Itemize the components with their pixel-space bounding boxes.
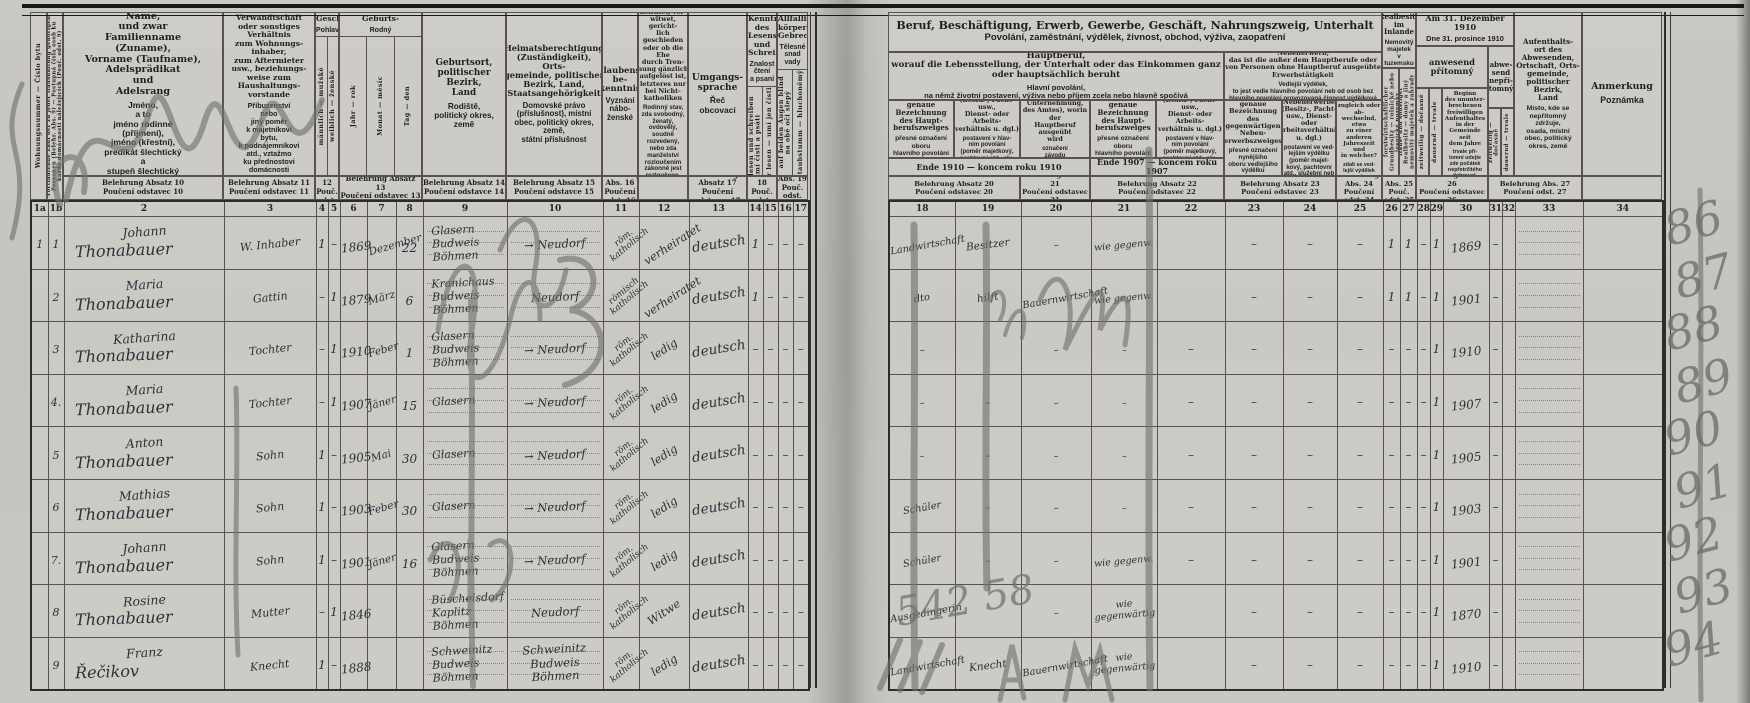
c22-cs: postavení v hlav- ním povolání (poměr ma… — [1163, 136, 1218, 158]
present-temporary-mark: – — [1421, 658, 1427, 672]
reads-only-mark: – — [768, 658, 774, 672]
cell-reads-only: – — [763, 637, 778, 690]
c19-de: Stellung im Hauptberufe (Besitz-, Pacht-… — [955, 100, 1019, 133]
person-no: 7. — [51, 555, 62, 568]
occupation-1907: wie gegenwärtig — [1091, 597, 1158, 625]
female-mark: – — [331, 448, 337, 462]
cell-present-temporary: – — [1417, 427, 1430, 480]
belehrung-text-0: Belehrung Absatz 10 Poučení odstavec 10 — [102, 179, 184, 197]
marital-status: Witwe — [645, 598, 683, 629]
marital-header-de: Familienstand, ob ledig, ver- heiratet, … — [638, 12, 688, 102]
cell-absent-location — [1515, 322, 1583, 375]
occupation-title: Beruf, Beschäftigung, Erwerb, Gewerbe, G… — [888, 12, 1382, 52]
cell-occupation-1907: – — [1091, 479, 1157, 532]
belehrung-right-footnote-1: Belehrung Absatz 21 Poučení odstavec 21 — [1020, 176, 1090, 200]
relationship-header-de: Verwandtschaft oder sonstiges Verhältnis… — [232, 14, 307, 99]
column-number: 11 — [603, 201, 639, 217]
reads-only-mark: – — [768, 500, 774, 514]
deafmute-mark: – — [798, 342, 804, 356]
cell-marital-status: ledig — [639, 637, 689, 690]
cell-apartment-no — [31, 269, 48, 322]
c21-cs: přesné označení oboru hlavního povolání — [1095, 135, 1151, 157]
cell-male: – — [316, 585, 328, 638]
cell-absent-permanent — [1502, 269, 1515, 322]
belehrung-right-text-0: Belehrung Absatz 20 Poučení odstavec 20 — [914, 180, 994, 197]
blind-mark: – — [783, 553, 789, 567]
absent-temporary-mark: – — [1493, 395, 1499, 409]
cell-present-temporary: – — [1417, 479, 1430, 532]
side-position: – — [1307, 395, 1313, 409]
side-timing: – — [1357, 658, 1363, 672]
cell-birthplace: Glasern Budweis Böhmen — [423, 532, 507, 585]
cell-present-permanent: 1 — [1430, 637, 1443, 690]
reads-writes-mark: 1 — [752, 237, 760, 251]
cell-language: deutsch — [689, 217, 748, 270]
side-occupation: – — [1251, 553, 1257, 567]
cell-birth-month: Mai — [367, 427, 396, 480]
person-no: 3 — [53, 344, 60, 357]
male-mark: 1 — [318, 658, 326, 672]
column-number: 15 — [763, 201, 778, 217]
occupation-1907: – — [1121, 345, 1127, 357]
abwesend-band: abwe- send nepří- tomný — [1488, 46, 1514, 108]
col-26-header: land- oder forstwirtschaftlicher Grundbe… — [1382, 68, 1399, 176]
side-occupation: – — [1251, 448, 1257, 462]
name-header-de: Name, und zwar Familienname (Zuname), Vo… — [85, 12, 201, 98]
language: deutsch — [691, 233, 747, 257]
home-community: Schweinitz Budweis Böhmen — [522, 641, 588, 685]
cell-male: 1 — [316, 427, 328, 480]
cell-male: – — [316, 374, 328, 427]
column-number: 7 — [367, 201, 396, 217]
column-number: 22 — [1157, 201, 1225, 217]
person-row-8: 8RosineThonabauerMutter–11846Büschelsdor… — [31, 585, 809, 638]
surname: Thonabauer — [64, 291, 224, 315]
column-number: 1a — [31, 201, 48, 217]
cell-land-property: – — [1383, 585, 1400, 638]
enterprise: – — [1053, 398, 1060, 410]
cell-relationship: Sohn — [224, 532, 316, 585]
column-number: 19 — [955, 201, 1021, 217]
hauptberuf-band: Hauptberuf, worauf die Lebensstellung, d… — [888, 52, 1224, 100]
belehrung-right-text-4: Belehrung Abs. 24 Poučení odst. 24 — [1337, 176, 1381, 200]
home-community: Neudorf — [531, 290, 580, 306]
home-rights-header-cs: Domovské právo (příslušnost), místní obe… — [514, 102, 593, 145]
deafmute-mark: – — [798, 395, 804, 409]
cell-remark — [1583, 427, 1663, 480]
c18-cs: přesné označení oboru hlavního povolání — [893, 135, 949, 157]
col-sex-header-body: männlich — mužskéweiblich — ženské — [316, 37, 338, 175]
cell-present-permanent: 1 — [1430, 269, 1443, 322]
occupation-position: Besitzer — [966, 237, 1011, 255]
belehrung-right-footnote-0: Belehrung Absatz 20 Poučení odstavec 20 — [888, 176, 1020, 200]
cell-birth-year: 1905 — [340, 427, 367, 480]
cell-present-temporary: – — [1417, 637, 1430, 690]
occupation-position: – — [985, 555, 992, 568]
cell-occupation-position: – — [955, 427, 1021, 480]
cell-house-property: 1 — [1400, 217, 1417, 270]
birthplace: Glasern Budweis Böhmen — [422, 220, 507, 265]
side-occupation: – — [1251, 290, 1257, 304]
side-timing: – — [1357, 448, 1363, 462]
cell-apartment-no — [31, 427, 48, 480]
census-date-band: Am 31. Dezember 1910Dne 31. prosince 191… — [1416, 12, 1514, 46]
column-number: 26 — [1383, 201, 1400, 217]
person-no: 9 — [53, 660, 60, 673]
belehrung-text-10: Belehr. Abs. 19 Pouč. odst. 19 — [778, 176, 807, 200]
birth-day: 1 — [406, 346, 414, 360]
c30-cs: trvale pří- tomní udejte zde počátek nep… — [1447, 150, 1484, 176]
cell-absent-temporary: – — [1489, 532, 1502, 585]
cell-female: 1 — [328, 585, 340, 638]
cell-apartment-no — [31, 374, 48, 427]
person-row-3: 3KatharinaThonabauerTochter–11910Feber1G… — [31, 322, 809, 375]
census-date-de: Am 31. Dezember 1910 — [1417, 14, 1513, 32]
c19-cs: postavení v hlav- ním povolání (poměr ma… — [960, 136, 1015, 158]
side-position: – — [1307, 448, 1313, 462]
cell-position-1907: – — [1157, 532, 1225, 585]
house-property-mark: – — [1406, 658, 1412, 672]
cell-person-no: 3 — [48, 322, 64, 375]
deafmute-mark: – — [798, 290, 804, 304]
cell-person-no: 7. — [48, 532, 64, 585]
relationship: Sohn — [255, 553, 285, 569]
occupation-1907: wie gegenwärtig — [1091, 649, 1158, 677]
female-mark: – — [331, 237, 337, 251]
reads-only-mark: – — [768, 290, 774, 304]
nebenerwerb-cs: Vedlejší výdělek, to jest vedle hlavního… — [1225, 82, 1381, 100]
pencil-margin-squiggle — [12, 84, 22, 238]
cell-birth-day: 16 — [396, 532, 423, 585]
blind-mark: – — [783, 342, 789, 356]
cell-absent-temporary: – — [1489, 637, 1502, 690]
cell-male: 1 — [316, 217, 328, 270]
present-permanent-mark: 1 — [1433, 342, 1441, 356]
present-temporary-mark: – — [1421, 342, 1427, 356]
male-mark: 1 — [318, 553, 326, 567]
col-sex-header-rot-1: weiblich — ženské — [329, 70, 336, 142]
cell-present-temporary: – — [1417, 585, 1430, 638]
language: deutsch — [691, 601, 747, 625]
abwesend-label: abwe- send nepří- tomný — [1489, 61, 1513, 92]
residence-since-year: 1869 — [1450, 239, 1482, 256]
cell-apartment-no — [31, 637, 48, 690]
cell-present-permanent: 1 — [1430, 427, 1443, 480]
marital-status: ledig — [648, 652, 680, 679]
belehrung-text-5: Belehrung Absatz 15 Poučení odstavce 15 — [513, 179, 595, 197]
cell-birthplace: Schweinitz Budweis Böhmen — [423, 637, 507, 690]
column-number: 29 — [1430, 201, 1443, 217]
occupation-row-8: Ausgedingerin–wie gegenwärtig––––––11870… — [889, 585, 1663, 638]
cell-present-permanent: 1 — [1430, 322, 1443, 375]
dotted-ruling — [1519, 378, 1580, 424]
surname: Thonabauer — [64, 344, 224, 368]
belehrung-footnote-8: Belehrung Absatz 17 Poučení odstavec 17 — [688, 176, 747, 200]
col-23-header: genaue Bezeichnung des gegenwärtigen Neb… — [1224, 100, 1282, 176]
cell-female: 1 — [328, 374, 340, 427]
cell-present-temporary: – — [1417, 269, 1430, 322]
side-occupation: – — [1251, 342, 1257, 356]
occupation-1907: wie gegenw. — [1094, 238, 1154, 254]
position-1907: – — [1188, 500, 1194, 514]
main-occupation: – — [919, 450, 926, 462]
cell-birth-day: 15 — [396, 374, 423, 427]
cell-home-community: → Neudorf — [507, 322, 603, 375]
cell-blind: – — [778, 585, 793, 638]
cell-home-community: → Neudorf — [507, 217, 603, 270]
cell-occupation-1907: wie gegenw. — [1091, 269, 1157, 322]
cell-side-timing: – — [1337, 374, 1383, 427]
present-temporary-mark: – — [1421, 237, 1427, 251]
deafmute-mark: – — [798, 500, 804, 514]
blind-mark: – — [783, 658, 789, 672]
cell-relationship: W. Inhaber — [224, 217, 316, 270]
cell-present-permanent: 1 — [1430, 585, 1443, 638]
cell-position-1907: – — [1157, 322, 1225, 375]
side-occupation: – — [1251, 605, 1257, 619]
cell-birthplace: Glasern — [423, 479, 507, 532]
side-timing: – — [1357, 500, 1363, 514]
anwesend-band: anwesend přítomný — [1416, 46, 1488, 88]
occupation-position: – — [985, 397, 992, 410]
ende-1910-label: Ende 1910 — koncem roku 1910 — [916, 163, 1061, 172]
col-literacy-header-rot-1: kann nur lesen — umí jen čísti — [766, 87, 773, 176]
birthplace-header-de: Geburtsort, politischer Bezirk, Land — [423, 59, 505, 98]
margin-pencil-number: 87 — [1668, 242, 1739, 309]
cell-marital-status: ledig — [639, 374, 689, 427]
cell-remark — [1583, 532, 1663, 585]
occupation-1907: – — [1121, 450, 1127, 462]
cell-home-community: → Neudorf — [507, 479, 603, 532]
col-sex-header-sub-0: männlich — mužské — [316, 37, 327, 175]
cell-absent-location — [1515, 532, 1583, 585]
birthplace: Glasern — [423, 496, 507, 515]
cell-side-occupation: – — [1225, 479, 1283, 532]
page-gutter — [806, 0, 892, 703]
cell-occupation-position: Besitzer — [955, 217, 1021, 270]
col-birthdate-header-rot-0: Jahr — rok — [350, 85, 357, 127]
belehrung-footnote-0: Belehrung Absatz 10 Poučení odstavec 10 — [63, 176, 223, 200]
col-literacy-header-body: kann lesen und schreiben umí čísti a psá… — [748, 87, 776, 176]
hauptberuf-cs: Hlavní povolání, na němž životní postave… — [924, 84, 1188, 100]
present-temporary-mark: – — [1421, 395, 1427, 409]
realbesitz-de: Realbesitz im Inlande — [1382, 13, 1416, 36]
cell-birth-day: 30 — [396, 427, 423, 480]
male-mark: – — [319, 290, 325, 304]
cell-language: deutsch — [689, 479, 748, 532]
residence-since-year: 1901 — [1450, 554, 1482, 571]
cell-name: AntonThonabauer — [64, 427, 224, 480]
residence-since-year: 1910 — [1450, 659, 1482, 676]
blind-mark: – — [783, 395, 789, 409]
apartment-no: 1 — [36, 239, 43, 252]
cell-birthplace: Glasern Budweis Böhmen — [423, 322, 507, 375]
cell-language: deutsch — [689, 637, 748, 690]
present-temporary-mark: – — [1421, 605, 1427, 619]
cell-side-position: – — [1283, 322, 1337, 375]
belehrung-text-2: Belehr. Abs. 12 Pouč. odst. 12 — [315, 176, 339, 200]
birth-month: März — [367, 288, 397, 307]
nebenerwerb-band: Nebenerwerb, das ist die außer dem Haupt… — [1224, 52, 1382, 100]
col-literacy-header-title-cs: Znalost čtení a psaní — [748, 61, 776, 84]
reads-only-mark: – — [768, 342, 774, 356]
side-timing: – — [1357, 395, 1363, 409]
belehrung-footnote-3: Belehrung Absatz 13 Poučení odstavec 13 — [339, 176, 422, 200]
cell-home-community: Neudorf — [507, 269, 603, 322]
cell-side-timing: – — [1337, 217, 1383, 270]
relationship: Tochter — [248, 342, 292, 359]
cell-name: JohannThonabauer — [64, 532, 224, 585]
dotted-ruling — [1519, 588, 1580, 634]
side-occupation: – — [1251, 395, 1257, 409]
rot28-label: zeitweilig — dočasně — [1419, 94, 1425, 169]
col-language-header: Umgangs- spracheŘeč obcovací — [688, 12, 747, 176]
cell-side-position: – — [1283, 427, 1337, 480]
language-header-de: Umgangs- sprache — [692, 73, 743, 93]
language: deutsch — [691, 548, 747, 572]
column-number: 8 — [396, 201, 423, 217]
cell-absent-temporary: – — [1489, 427, 1502, 480]
cell-birthplace: Glasern Budweis Böhmen — [423, 217, 507, 270]
side-occupation: – — [1251, 500, 1257, 514]
female-mark: 1 — [330, 395, 338, 409]
reads-only-mark: – — [768, 237, 774, 251]
cell-religion: röm. katholisch — [603, 217, 639, 270]
belehrung-footnote-10: Belehr. Abs. 19 Pouč. odst. 19 — [777, 176, 808, 200]
cell-side-timing: – — [1337, 269, 1383, 322]
c30-de: von den dau- ernd Anwe- senden Beginn de… — [1443, 88, 1487, 147]
land-property-mark: – — [1389, 448, 1395, 462]
person-row-1: 11JohannThonabauerW. Inhaber1–1869Dezemb… — [31, 217, 809, 270]
surname: Thonabauer — [64, 501, 224, 525]
cell-absent-temporary: – — [1489, 269, 1502, 322]
main-occupation: Schüler — [902, 500, 942, 518]
birthplace: Glasern Budweis Böhmen — [422, 536, 507, 581]
c33-de: Aufenthalts- ort des Abwesenden, Ortscha… — [1515, 38, 1581, 103]
cell-land-property: 1 — [1383, 217, 1400, 270]
male-mark: – — [319, 395, 325, 409]
cell-enterprise: – — [1021, 479, 1091, 532]
name-header-cs: Jméno, a to jméno rodinné (příjmení), jm… — [104, 101, 181, 176]
marital-header-cs: Rodinný stav, zda svobodný, ženatý, ovdo… — [642, 105, 685, 176]
hauptberuf-de: Hauptberuf, worauf die Lebensstellung, d… — [889, 52, 1223, 81]
side-position: – — [1307, 605, 1313, 619]
side-occupation: – — [1251, 237, 1257, 251]
person-no: 4. — [51, 397, 62, 410]
col-infirmity-header-sub-0: auf beiden Augen blind na obě oči slepý — [778, 70, 792, 175]
cell-female: 1 — [328, 322, 340, 375]
cell-remark — [1583, 585, 1663, 638]
nebenerwerb-de: Nebenerwerb, das ist die außer dem Haupt… — [1225, 52, 1381, 79]
absent-temporary-mark: – — [1493, 605, 1499, 619]
cell-remark — [1583, 322, 1663, 375]
cell-side-timing: – — [1337, 322, 1383, 375]
home-community: Neudorf — [531, 605, 580, 621]
column-number: 31 — [1489, 201, 1502, 217]
person-row-6: 6MathiasThonabauerSohn1–1903Feber30Glase… — [31, 479, 809, 532]
birth-month: Feber — [366, 498, 399, 518]
relationship: Gattin — [252, 290, 288, 307]
language: deutsch — [691, 285, 747, 309]
present-permanent-mark: 1 — [1433, 448, 1441, 462]
cell-blind: – — [778, 479, 793, 532]
main-occupation: – — [919, 345, 926, 357]
cell-side-position: – — [1283, 217, 1337, 270]
reads-writes-mark: – — [753, 500, 759, 514]
birthplace: Glasern Budweis Böhmen — [422, 325, 507, 370]
side-position: – — [1307, 553, 1313, 567]
cell-person-no: 8 — [48, 585, 64, 638]
person-no: 6 — [53, 502, 60, 515]
col-birthdate-header-rot-2: Tag — den — [404, 86, 411, 126]
belehrung-right-text-6: Belehrung Absatz 26 Poučení odstavec 26 — [1417, 176, 1487, 200]
occupation-1907: wie gegenw. — [1094, 290, 1154, 306]
col-literacy-header-title-de: Kenntnis des Lesens und Schreibens — [748, 15, 776, 58]
cell-main-occupation: Landwirtschaft — [889, 637, 955, 690]
cell-birth-year: 1869 — [340, 217, 367, 270]
cell-relationship: Sohn — [224, 427, 316, 480]
cell-position-1907: – — [1157, 479, 1225, 532]
cell-reads-writes: – — [748, 374, 763, 427]
realbesitz-rot26: land- oder forstwirtschaftlicher Grundbe… — [1382, 69, 1399, 175]
house-property-mark: – — [1406, 342, 1412, 356]
birthplace: Glasern — [423, 444, 507, 463]
side-position: – — [1307, 342, 1313, 356]
cell-residence-since: 1903 — [1443, 479, 1489, 532]
col-apartment-number-header: Wohnungsnummer — Číslo bytu — [30, 12, 47, 200]
cell-main-occupation: – — [889, 322, 955, 375]
cell-reads-only: – — [763, 269, 778, 322]
cell-land-property: – — [1383, 532, 1400, 585]
cell-birth-day: 6 — [396, 269, 423, 322]
column-number: 24 — [1283, 201, 1337, 217]
cell-side-position: – — [1283, 532, 1337, 585]
cell-blind: – — [778, 322, 793, 375]
c24-de: Stellung im Nebenerwerbe (Besitz-, Pacht… — [1282, 100, 1336, 142]
absent-temporary-mark: – — [1493, 658, 1499, 672]
cell-birth-year: 1907 — [340, 374, 367, 427]
surname: Thonabauer — [64, 554, 224, 578]
blind-mark: – — [783, 605, 789, 619]
left-page-header: Wohnungsnummer — Číslo bytuFortlaufende … — [30, 12, 808, 200]
enterprise: – — [1053, 240, 1060, 252]
cell-person-no: 1 — [48, 217, 64, 270]
anmerkung-cs: Poznámka — [1600, 96, 1644, 106]
cell-absent-location — [1515, 427, 1583, 480]
cell-residence-since: 1907 — [1443, 374, 1489, 427]
present-permanent-mark: 1 — [1433, 500, 1441, 514]
anmerkung-de: Anmerkung — [1591, 82, 1653, 93]
cell-enterprise: Bauernwirtschaft — [1021, 637, 1091, 690]
cell-enterprise: – — [1021, 585, 1091, 638]
relationship: W. Inhaber — [239, 236, 300, 255]
belehrung-footnote-2: Belehr. Abs. 12 Pouč. odst. 12 — [315, 176, 339, 200]
land-property-mark: – — [1389, 605, 1395, 619]
cell-marital-status: ledig — [639, 322, 689, 375]
cell-occupation-1907: wie gegenwärtig — [1091, 585, 1157, 638]
present-permanent-mark: 1 — [1433, 658, 1441, 672]
column-number: 34 — [1583, 201, 1663, 217]
surname: Thonabauer — [64, 238, 224, 262]
cell-side-occupation: – — [1225, 585, 1283, 638]
absent-temporary-mark: – — [1493, 342, 1499, 356]
birth-day: 22 — [402, 241, 417, 255]
cell-land-property: – — [1383, 637, 1400, 690]
cell-enterprise: – — [1021, 532, 1091, 585]
deafmute-mark: – — [798, 605, 804, 619]
surname: Řečikov — [64, 659, 224, 683]
occupation-row-6: Schüler––––––––––11903– — [889, 479, 1663, 532]
